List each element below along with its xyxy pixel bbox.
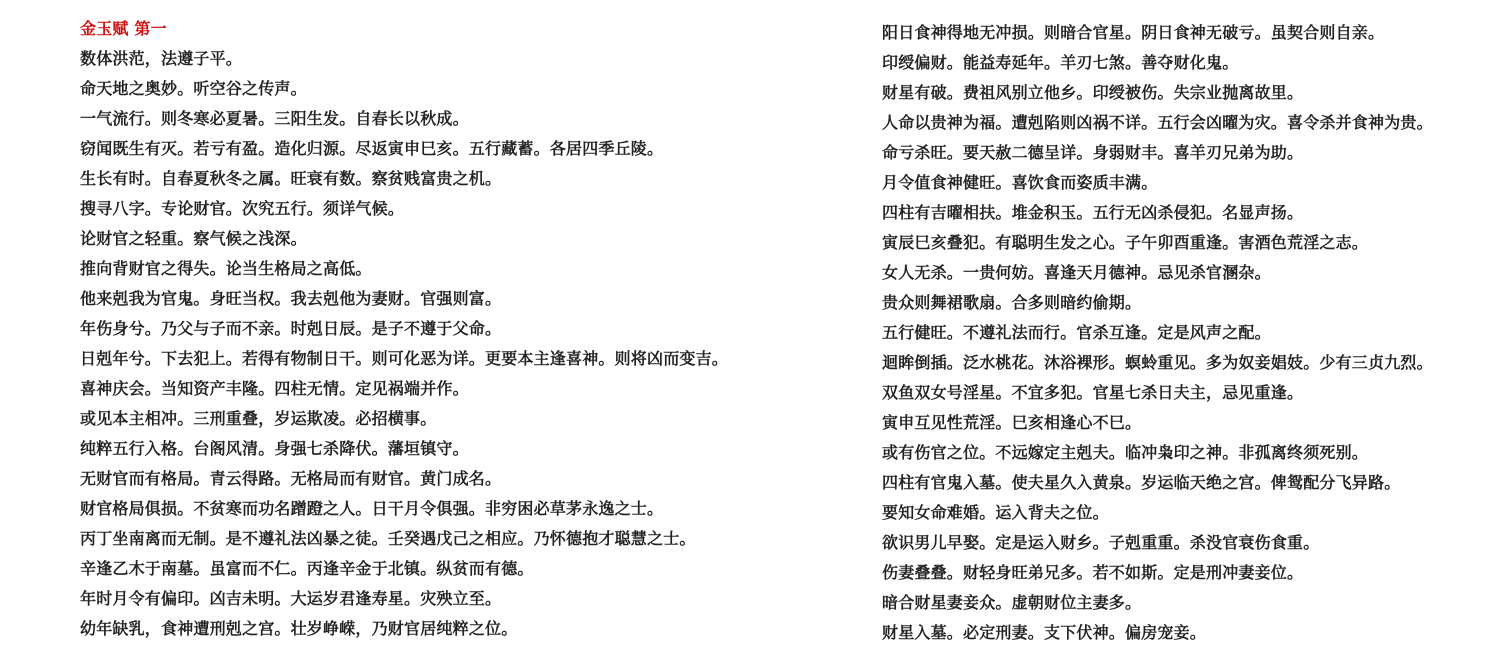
text-line: 月令值食神健旺。喜饮食而姿质丰满。: [882, 168, 1492, 198]
text-line: 双鱼双女号淫星。不宜多犯。官星七杀日夫主，忌见重逢。: [882, 378, 1492, 408]
text-line: 一气流行。则冬寒必夏暑。三阳生发。自春长以秋成。: [80, 104, 840, 134]
text-line: 阳日食神得地无冲损。则暗合官星。阴日食神无破亏。虽契合则自亲。: [882, 18, 1492, 48]
text-line: 窃闻既生有灭。若亏有盈。造化归源。尽返寅申巳亥。五行藏蓄。各居四季丘陵。: [80, 134, 840, 164]
text-line: 财官格局俱损。不贫寒而功名蹭蹬之人。日干月令俱强。非穷困必草茅永逸之士。: [80, 494, 840, 524]
text-line: 暗合财星妻妾众。虚朝财位主妻多。: [882, 588, 1492, 618]
text-line: 幼年缺乳，食神遭刑剋之宫。壮岁峥嵘，乃财官居纯粹之位。: [80, 614, 840, 644]
text-line: 年伤身兮。乃父与子而不亲。时剋日辰。是子不遵于父命。: [80, 314, 840, 344]
text-line: 论财官之轻重。察气候之浅深。: [80, 224, 840, 254]
text-line: 丙丁坐南离而无制。是不遵礼法凶暴之徒。壬癸遇戊己之相应。乃怀德抱才聪慧之士。: [80, 524, 840, 554]
text-line: 日剋年兮。下去犯上。若得有物制日干。则可化恶为详。更要本主逢喜神。则将凶而变吉。: [80, 344, 840, 374]
text-line: 数体洪范，法遵子平。: [80, 44, 840, 74]
left-column: 金玉赋 第一 数体洪范，法遵子平。 命天地之奥妙。听空谷之传声。 一气流行。则冬…: [80, 14, 840, 644]
text-line: 搜寻八字。专论财官。次究五行。须详气候。: [80, 194, 840, 224]
text-line: 财星有破。费祖风别立他乡。印绶被伤。失宗业抛离故里。: [882, 78, 1492, 108]
text-line: 或有伤官之位。不远嫁定主剋夫。临冲枭印之神。非孤离终须死别。: [882, 438, 1492, 468]
text-line: 寅申互见性荒淫。巳亥相逢心不巳。: [882, 408, 1492, 438]
text-line: 命天地之奥妙。听空谷之传声。: [80, 74, 840, 104]
text-line: 他来剋我为官鬼。身旺当权。我去剋他为妻财。官强则富。: [80, 284, 840, 314]
text-line: 年时月令有偏印。凶吉未明。大运岁君逢寿星。灾殃立至。: [80, 584, 840, 614]
text-line: 推向背财官之得失。论当生格局之高低。: [80, 254, 840, 284]
text-line: 要知女命难婚。运入背夫之位。: [882, 498, 1492, 528]
text-line: 印绶偏财。能益寿延年。羊刃七煞。善夺财化鬼。: [882, 48, 1492, 78]
text-line: 纯粹五行入格。台阁风清。身强七杀降伏。藩垣镇守。: [80, 434, 840, 464]
text-line: 财星入墓。必定刑妻。支下伏神。偏房宠妾。: [882, 618, 1492, 648]
text-line: 生长有时。自春夏秋冬之属。旺衰有数。察贫贱富贵之机。: [80, 164, 840, 194]
text-line: 欲识男儿早娶。定是运入财乡。子剋重重。杀没官衰伤食重。: [882, 528, 1492, 558]
text-line: 辛逢乙木于南墓。虽富而不仁。丙逢辛金于北镇。纵贫而有德。: [80, 554, 840, 584]
right-column: 阳日食神得地无冲损。则暗合官星。阴日食神无破亏。虽契合则自亲。 印绶偏财。能益寿…: [882, 18, 1492, 648]
text-line: 贵众则舞裙歌扇。合多则暗约偷期。: [882, 288, 1492, 318]
text-line: 四柱有官鬼入墓。使夫星久入黄泉。岁运临天绝之宫。俾鸳配分飞异路。: [882, 468, 1492, 498]
text-line: 四柱有吉曜相扶。堆金积玉。五行无凶杀侵犯。名显声扬。: [882, 198, 1492, 228]
text-line: 命亏杀旺。要天赦二德呈详。身弱财丰。喜羊刃兄弟为助。: [882, 138, 1492, 168]
text-line: 女人无杀。一贵何妨。喜逢天月德神。忌见杀官溷杂。: [882, 258, 1492, 288]
text-line: 五行健旺。不遵礼法而行。官杀互逢。定是风声之配。: [882, 318, 1492, 348]
text-line: 无财官而有格局。青云得路。无格局而有财官。黄门成名。: [80, 464, 840, 494]
text-line: 喜神庆会。当知资产丰隆。四柱无情。定见祸端并作。: [80, 374, 840, 404]
text-line: 迴眸倒插。泛水桃花。沐浴裸形。螟蛉重见。多为奴妾娼妓。少有三贞九烈。: [882, 348, 1492, 378]
document-title: 金玉赋 第一: [80, 14, 840, 44]
text-line: 伤妻叠叠。财轻身旺弟兄多。若不如斯。定是刑冲妻妾位。: [882, 558, 1492, 588]
text-line: 人命以贵神为福。遭剋陷则凶祸不详。五行会凶曜为灾。喜令杀并食神为贵。: [882, 108, 1492, 138]
text-line: 寅辰巳亥叠犯。有聪明生发之心。子午卯酉重逢。害酒色荒淫之志。: [882, 228, 1492, 258]
text-line: 或见本主相冲。三刑重叠，岁运欺凌。必招横事。: [80, 404, 840, 434]
